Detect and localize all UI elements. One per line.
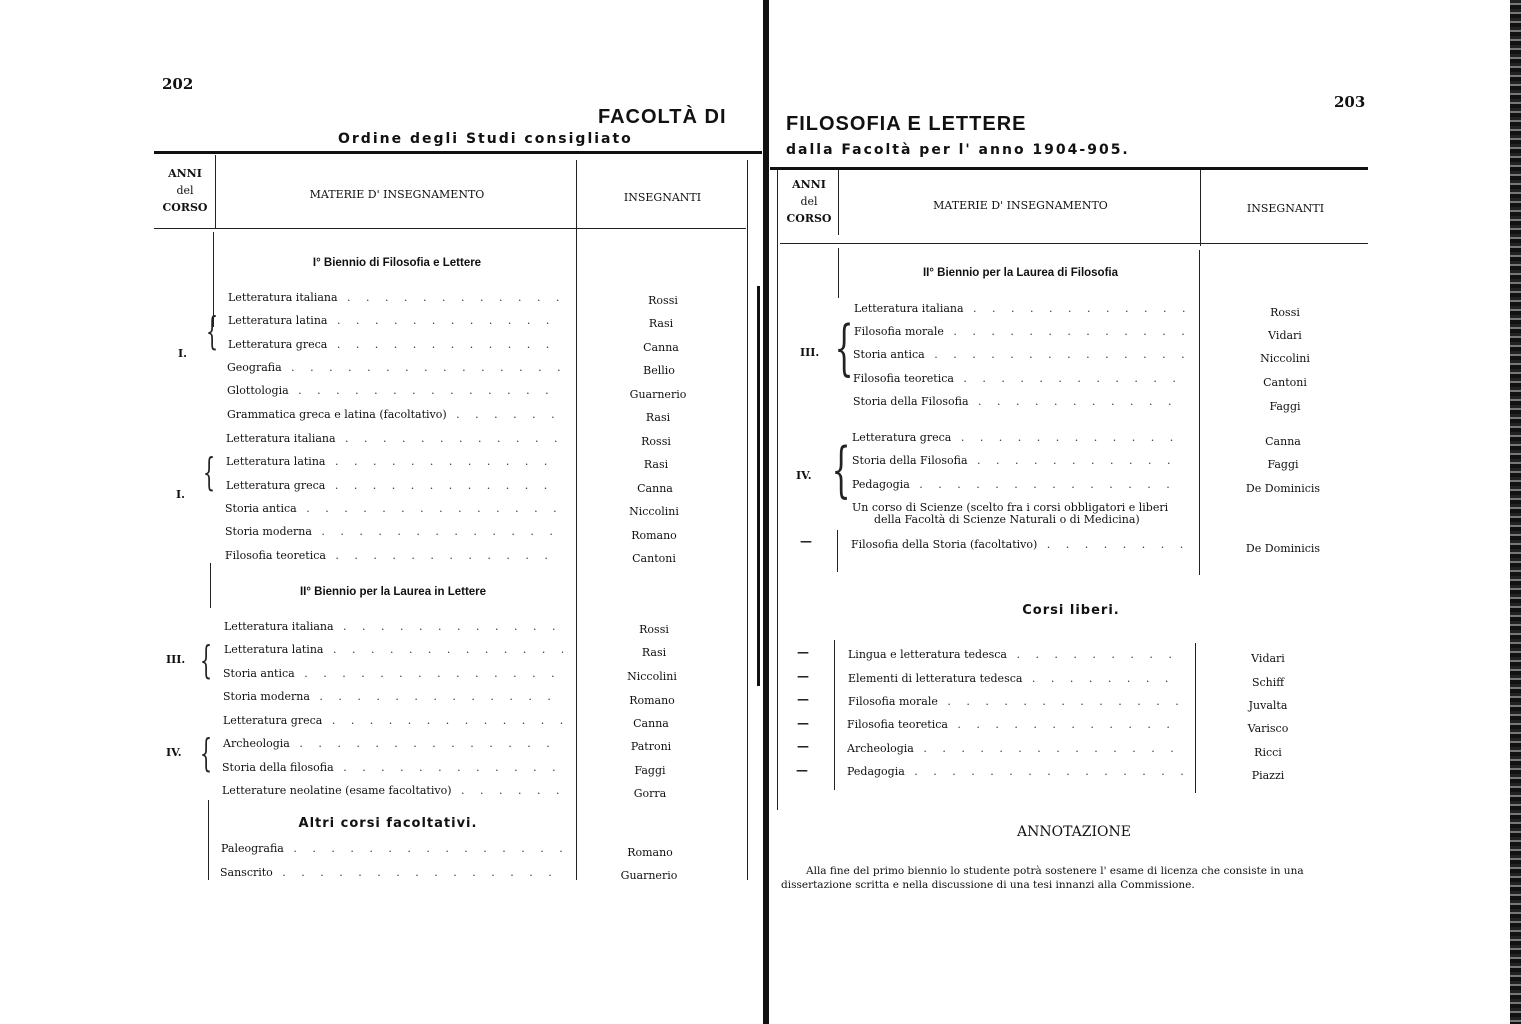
table-row: Storia anticaNiccolini xyxy=(853,346,1353,364)
table-row: Storia modernaRomano xyxy=(223,688,743,706)
col-divider xyxy=(1200,170,1201,246)
teacher: Faggi xyxy=(1230,398,1340,416)
teacher: Faggi xyxy=(1228,456,1338,474)
year-label: IV. xyxy=(796,469,812,482)
teacher: Rossi xyxy=(608,292,718,310)
teacher: Vidari xyxy=(1213,650,1323,668)
table-row: Un corso di Scienze (scelto fra i corsi … xyxy=(852,502,1187,526)
subject: Storia della filosofia xyxy=(222,759,563,777)
table-row: Letteratura latinaRasi xyxy=(226,453,746,471)
year-label: I. xyxy=(178,347,187,360)
teacher: De Dominicis xyxy=(1228,480,1338,498)
header-insegnanti: INSEGNANTI xyxy=(580,189,745,206)
table-row: PedagogiaPiazzi xyxy=(847,763,1347,781)
header-materie: MATERIE D' INSEGNAMENTO xyxy=(218,186,576,203)
teacher: Canna xyxy=(606,339,716,357)
table-row: Storia anticaNiccolini xyxy=(225,500,745,518)
teacher: Patroni xyxy=(596,738,706,756)
table-row: Filosofia teoreticaCantoni xyxy=(853,370,1353,388)
subject: Letteratura italiana xyxy=(854,300,1186,318)
teacher: Rossi xyxy=(601,433,711,451)
teacher: Juvalta xyxy=(1213,697,1323,715)
col-divider xyxy=(834,640,835,790)
table-row: Filosofia teoreticaVarisco xyxy=(847,716,1347,734)
subject: Glottologia xyxy=(227,382,563,400)
subject: Filosofia morale xyxy=(854,323,1186,341)
table-row: Letterature neolatine (esame facoltativo… xyxy=(222,782,742,800)
brace-line xyxy=(210,563,211,608)
teacher: Canna xyxy=(1228,433,1338,451)
brace-line xyxy=(837,530,838,572)
teacher: Niccolini xyxy=(599,503,709,521)
subject: Letteratura greca xyxy=(223,712,563,730)
teacher: De Dominicis xyxy=(1228,540,1338,558)
col-divider xyxy=(747,160,748,880)
subject: Letteratura greca xyxy=(226,477,563,495)
subject: Lingua e letteratura tedesca xyxy=(848,646,1184,664)
table-row: Storia modernaRomano xyxy=(225,523,745,541)
header-anni-line: del xyxy=(158,182,212,199)
table-row: SanscritoGuarnerio xyxy=(220,864,740,882)
table-row: Letteratura grecaCanna xyxy=(226,477,746,495)
subject: Letteratura latina xyxy=(228,312,563,330)
brace-line xyxy=(838,248,839,298)
header-anni: ANNI del CORSO xyxy=(158,165,212,216)
teacher: Vidari xyxy=(1230,327,1340,345)
header-anni-line: ANNI xyxy=(781,176,837,193)
teacher: Rossi xyxy=(599,621,709,639)
subject: Letteratura latina xyxy=(226,453,563,471)
table-row: Storia anticaNiccolini xyxy=(223,665,743,683)
teacher: Romano xyxy=(597,692,707,710)
table-row: ArcheologiaPatroni xyxy=(223,735,743,753)
teacher: Ricci xyxy=(1213,744,1323,762)
page-number-left: 202 xyxy=(162,75,193,93)
subject: Storia moderna xyxy=(225,523,563,541)
header-rule-top-left xyxy=(154,151,762,154)
page-subtitle-right: dalla Facoltà per l' anno 1904-905. xyxy=(786,142,1130,158)
table-row: Grammatica greca e latina (facoltativo)R… xyxy=(227,406,747,424)
subject: Elementi di letteratura tedesca xyxy=(848,670,1184,688)
teacher: Rasi xyxy=(599,644,709,662)
table-row: Letteratura italianaRossi xyxy=(228,289,748,307)
header-rule-bottom-left xyxy=(154,228,746,229)
dash-icon: — xyxy=(797,669,809,683)
page-title-left: FACOLTÀ DI xyxy=(598,106,727,129)
dash-icon: — xyxy=(796,763,808,777)
teacher: Guarnerio xyxy=(603,386,713,404)
table-row: Letteratura grecaCanna xyxy=(228,336,748,354)
teacher: Schiff xyxy=(1213,674,1323,692)
subject: Storia antica xyxy=(853,346,1186,364)
header-insegnanti: INSEGNANTI xyxy=(1203,200,1368,217)
page-edge xyxy=(1510,0,1521,1024)
subject: Grammatica greca e latina (facoltativo) xyxy=(227,406,563,424)
table-row: Letteratura grecaCanna xyxy=(223,712,743,730)
subject: Filosofia teoretica xyxy=(853,370,1186,388)
brace-icon: { xyxy=(832,440,851,500)
header-anni: ANNI del CORSO xyxy=(781,176,837,227)
header-rule-bottom-right xyxy=(780,243,1368,244)
annotation-title: ANNOTAZIONE xyxy=(780,824,1368,840)
table-row: Letteratura italianaRossi xyxy=(226,430,746,448)
subject: Letteratura latina xyxy=(224,641,563,659)
table-row: Letteratura latinaRasi xyxy=(224,641,744,659)
teacher: Piazzi xyxy=(1213,767,1323,785)
subject: Pedagogia xyxy=(852,476,1186,494)
subject: Filosofia teoretica xyxy=(847,716,1184,734)
header-anni-line: del xyxy=(781,193,837,210)
teacher: Rasi xyxy=(603,409,713,427)
subject: Geografia xyxy=(227,359,563,377)
teacher: Cantoni xyxy=(599,550,709,568)
teacher: Canna xyxy=(600,480,710,498)
subject: Storia antica xyxy=(225,500,563,518)
subject: Archeologia xyxy=(223,735,563,753)
subject: Letterature neolatine (esame facoltativo… xyxy=(222,782,563,800)
brace-line xyxy=(208,800,209,880)
year-label: IV. xyxy=(166,746,182,759)
table-row: Letteratura italianaRossi xyxy=(224,618,744,636)
teacher: Canna xyxy=(596,715,706,733)
teacher: Niccolini xyxy=(1230,350,1340,368)
annotation-line: Alla fine del primo biennio lo studente … xyxy=(806,864,1366,879)
header-materie: MATERIE D' INSEGNAMENTO xyxy=(841,197,1200,214)
year-label: I. xyxy=(176,488,185,501)
subject-line2: della Facoltà di Scienze Naturali o di M… xyxy=(852,514,1187,526)
table-row: Filosofia moraleJuvalta xyxy=(848,693,1348,711)
table-row: Filosofia teoreticaCantoni xyxy=(225,547,745,565)
teacher: Varisco xyxy=(1213,720,1323,738)
table-row: Lingua e letteratura tedescaVidari xyxy=(848,646,1348,664)
dash-icon: — xyxy=(797,645,809,659)
year-label: III. xyxy=(166,653,185,666)
header-rule-top-right xyxy=(770,167,1368,170)
table-row: Elementi di letteratura tedescaSchiff xyxy=(848,670,1348,688)
subject: Letteratura greca xyxy=(852,429,1186,447)
table-row: Storia della FilosofiaFaggi xyxy=(853,393,1353,411)
subject: Sanscrito xyxy=(220,864,563,882)
header-anni-line: CORSO xyxy=(781,210,837,227)
subject: Filosofia morale xyxy=(848,693,1184,711)
brace-icon: { xyxy=(200,641,212,679)
brace-icon: { xyxy=(200,734,212,772)
section-title: II° Biennio per la Laurea in Lettere xyxy=(214,586,572,598)
table-row: Filosofia della Storia (facoltativo)De D… xyxy=(851,536,1351,554)
subject: Letteratura italiana xyxy=(224,618,563,636)
section-title: I° Biennio di Filosofia e Lettere xyxy=(218,257,576,269)
subject: Storia moderna xyxy=(223,688,563,706)
teacher: Guarnerio xyxy=(594,867,704,885)
subject: Letteratura italiana xyxy=(228,289,563,307)
table-row: Letteratura latinaRasi xyxy=(228,312,748,330)
table-row: GlottologiaGuarnerio xyxy=(227,382,747,400)
table-row: Letteratura grecaCanna xyxy=(852,429,1352,447)
dash-icon: — xyxy=(797,692,809,706)
teacher: Rasi xyxy=(606,315,716,333)
teacher: Romano xyxy=(595,844,705,862)
col-divider xyxy=(215,155,216,228)
subject: Filosofia della Storia (facoltativo) xyxy=(851,536,1186,554)
teacher: Faggi xyxy=(595,762,705,780)
table-row: Storia della FilosofiaFaggi xyxy=(852,452,1352,470)
subject: Storia antica xyxy=(223,665,563,683)
col-divider xyxy=(777,170,778,810)
subject: Letteratura greca xyxy=(228,336,563,354)
section-title: II° Biennio per la Laurea di Filosofia xyxy=(841,267,1200,279)
teacher: Niccolini xyxy=(597,668,707,686)
table-row: PaleografiaRomano xyxy=(221,840,741,858)
annotation-line: dissertazione scritta e nella discussion… xyxy=(781,878,1361,893)
brace-icon: { xyxy=(835,318,854,378)
dash-icon: — xyxy=(797,716,809,730)
subject: Archeologia xyxy=(847,740,1184,758)
page-subtitle-left: Ordine degli Studi consigliato xyxy=(338,131,633,147)
teacher: Cantoni xyxy=(1230,374,1340,392)
dash-icon: — xyxy=(797,739,809,753)
subject: Pedagogia xyxy=(847,763,1184,781)
table-row: Storia della filosofiaFaggi xyxy=(222,759,742,777)
teacher: Gorra xyxy=(595,785,705,803)
gutter-shadow xyxy=(757,286,760,686)
subject: Storia della Filosofia xyxy=(853,393,1186,411)
brace-icon: { xyxy=(203,453,215,491)
teacher: Romano xyxy=(599,527,709,545)
subject: Storia della Filosofia xyxy=(852,452,1186,470)
table-row: ArcheologiaRicci xyxy=(847,740,1347,758)
year-label: — xyxy=(800,534,812,548)
section-title: Corsi liberi. xyxy=(840,603,1302,618)
teacher: Rasi xyxy=(601,456,711,474)
subject: Filosofia teoretica xyxy=(225,547,563,565)
header-anni-line: ANNI xyxy=(158,165,212,182)
year-label: III. xyxy=(800,346,819,359)
page-number-right: 203 xyxy=(1334,93,1365,111)
subject: Paleografia xyxy=(221,840,563,858)
brace-icon: { xyxy=(206,312,218,350)
book-gutter xyxy=(763,0,769,1024)
teacher: Bellio xyxy=(604,362,714,380)
table-row: PedagogiaDe Dominicis xyxy=(852,476,1352,494)
subject: Letteratura italiana xyxy=(226,430,563,448)
section-title: Altri corsi facoltativi. xyxy=(214,816,562,831)
table-row: Letteratura italianaRossi xyxy=(854,300,1354,318)
teacher: Rossi xyxy=(1230,304,1340,322)
table-row: GeografiaBellio xyxy=(227,359,747,377)
header-anni-line: CORSO xyxy=(158,199,212,216)
table-row: Filosofia moraleVidari xyxy=(854,323,1354,341)
col-divider xyxy=(838,170,839,235)
col-divider xyxy=(1199,250,1200,575)
page-title-right: FILOSOFIA E LETTERE xyxy=(786,113,1026,136)
